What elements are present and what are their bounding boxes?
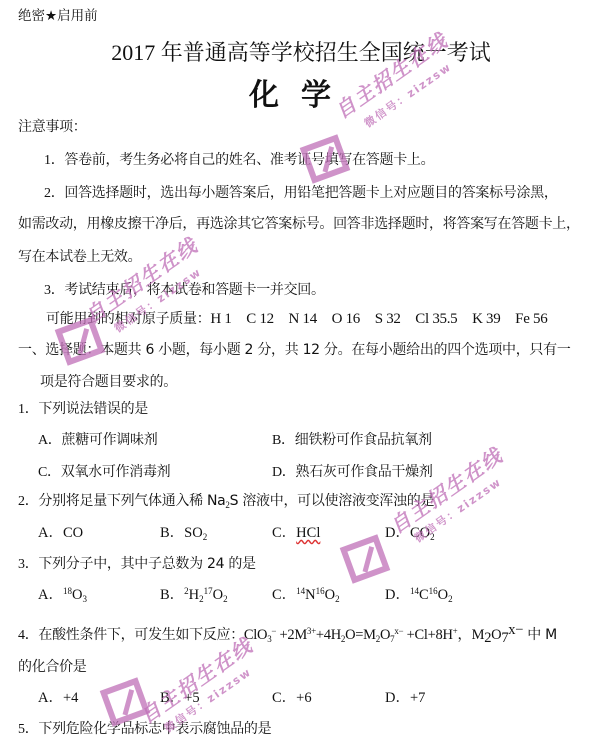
subscript: 2 bbox=[203, 532, 208, 542]
question-number: 5． bbox=[18, 722, 38, 737]
question-3-stem: 3．下列分子中，其中子总数为 24 的是 bbox=[18, 553, 256, 573]
question-1-option-d: D．熟石灰可作食品干燥剂 bbox=[272, 461, 433, 481]
option-letter: B． bbox=[272, 433, 295, 448]
element: O bbox=[491, 627, 501, 643]
subscript: 2 bbox=[223, 594, 228, 604]
superscript: 17 bbox=[204, 586, 213, 596]
question-text: 下列说法错误的是 bbox=[38, 401, 148, 417]
note-text: 考试结束后，将本试卷和答题卡一并交回。 bbox=[64, 282, 324, 298]
question-3-option-d: D．14C16O2 bbox=[385, 583, 453, 604]
notes-heading: 注意事项： bbox=[18, 116, 87, 136]
superscript: 16 bbox=[316, 586, 325, 596]
note-item-2-line3: 写在本试卷上无效。 bbox=[18, 246, 141, 266]
watermark-3-sub: 微信号：zizzsw bbox=[420, 530, 524, 546]
option-text: HCl bbox=[296, 525, 320, 541]
element: O bbox=[213, 587, 223, 603]
option-letter: C． bbox=[272, 690, 296, 706]
confidential-label: 绝密★启用前 bbox=[18, 4, 98, 24]
option-text: 双氧水可作消毒剂 bbox=[61, 464, 171, 480]
subscript: 2 bbox=[335, 594, 340, 604]
question-5-stem: 5．下列危险化学品标志中表示腐蚀品的是 bbox=[18, 718, 271, 738]
question-number: 4． bbox=[18, 628, 38, 643]
option-text: +7 bbox=[410, 690, 425, 706]
note-text: 答卷前，考生务必将自己的姓名、准考证号填写在答题卡上。 bbox=[64, 152, 434, 168]
section1-line1: 一、选择题：本题共 6 小题，每小题 2 分，共 12 分。在每小题给出的四个选… bbox=[18, 339, 571, 359]
option-letter: B． bbox=[160, 690, 184, 706]
note-item-3: 3．考试结束后，将本试卷和答题卡一并交回。 bbox=[44, 279, 325, 299]
question-4-option-c: C．+6 bbox=[272, 686, 312, 707]
question-3-option-a: A．18O3 bbox=[38, 583, 87, 604]
superscript: 18 bbox=[63, 586, 72, 596]
question-number: 1． bbox=[18, 402, 38, 417]
question-2-option-c: C．HCl bbox=[272, 521, 320, 542]
exam-title: 2017 年普通高等学校招生全国统一考试 bbox=[0, 36, 602, 67]
superscript: 16 bbox=[429, 586, 438, 596]
option-letter: D． bbox=[385, 525, 410, 541]
question-4-stem-line2: 的化合价是 bbox=[18, 656, 87, 676]
note-item-2: 2．回答选择题时，选出每小题答案后，用铅笔把答题卡上对应题目的答案标号涂黑， bbox=[44, 182, 558, 202]
element: O bbox=[72, 587, 82, 603]
subscript: 2 bbox=[448, 594, 453, 604]
option-letter: A． bbox=[38, 525, 63, 541]
option-text: SO bbox=[184, 525, 203, 541]
question-2-option-d: D．CO2 bbox=[385, 521, 435, 542]
question-4-option-d: D．+7 bbox=[385, 686, 425, 707]
note-text: 回答选择题时，选出每小题答案后，用铅笔把答题卡上对应题目的答案标号涂黑， bbox=[64, 185, 557, 201]
option-letter: A． bbox=[38, 433, 62, 448]
question-3-option-c: C．14N16O2 bbox=[272, 583, 340, 604]
note-item-2-line2: 如需改动，用橡皮擦干净后，再选涂其它答案标号。回答非选择题时，将答案写在答题卡上… bbox=[18, 213, 580, 233]
question-1-option-b: B．细铁粉可作食品抗氧剂 bbox=[272, 429, 432, 449]
option-text: CO bbox=[63, 525, 83, 541]
option-letter: B． bbox=[160, 587, 184, 603]
superscript: 14 bbox=[410, 586, 419, 596]
superscript: x− bbox=[508, 622, 523, 638]
superscript: 14 bbox=[296, 586, 305, 596]
question-text: S 溶液中，可以使溶液变浑浊的是 bbox=[230, 493, 435, 509]
option-letter: A． bbox=[38, 690, 63, 706]
question-text: 在酸性条件下，可发生如下反应： bbox=[38, 627, 244, 643]
eq-part: O bbox=[380, 627, 390, 643]
subscript: 3 bbox=[82, 594, 87, 604]
question-2-stem: 2．分别将足量下列气体通入稀 Na2S 溶液中，可以使溶液变浑浊的是 bbox=[18, 490, 434, 510]
section1-line2: 项是符合题目要求的。 bbox=[40, 371, 177, 391]
question-text: 分别将足量下列气体通入稀 Na bbox=[38, 493, 225, 509]
option-text: 熟石灰可作食品干燥剂 bbox=[296, 464, 433, 480]
element: C bbox=[419, 587, 429, 603]
question-4-option-a: A．+4 bbox=[38, 686, 78, 707]
option-letter: C． bbox=[38, 465, 61, 480]
question-1-stem: 1．下列说法错误的是 bbox=[18, 398, 148, 418]
atomic-masses-values: H 1 C 12 N 14 O 16 S 32 Cl 35.5 K 39 Fe … bbox=[210, 311, 547, 327]
watermark-logo-icon bbox=[340, 534, 391, 583]
subscript: 2 bbox=[430, 532, 435, 542]
note-item-1: 1．答卷前，考生务必将自己的姓名、准考证号填写在答题卡上。 bbox=[44, 149, 434, 169]
eq-part: O=M bbox=[345, 627, 376, 643]
option-letter: D． bbox=[385, 587, 410, 603]
element: N bbox=[305, 587, 315, 603]
note-number: 1． bbox=[44, 153, 64, 168]
option-text: 蔗糖可作调味剂 bbox=[62, 432, 158, 448]
question-text: 下列分子中，其中子总数为 24 的是 bbox=[38, 556, 255, 572]
watermark-1-sub: 微信号：zizzsw bbox=[370, 115, 474, 131]
option-text: +6 bbox=[296, 690, 311, 706]
note-number: 2． bbox=[44, 186, 64, 201]
superscript: 3+ bbox=[307, 626, 316, 636]
option-text: +4 bbox=[63, 690, 78, 706]
element: O bbox=[325, 587, 335, 603]
subject-title: 化学 bbox=[0, 70, 602, 114]
option-letter: D． bbox=[385, 690, 410, 706]
element: H bbox=[189, 587, 199, 603]
element: O bbox=[438, 587, 448, 603]
option-letter: C． bbox=[272, 525, 296, 541]
eq-part: +Cl+8H bbox=[403, 627, 452, 643]
atomic-masses: 可能用到的相对原子质量：H 1 C 12 N 14 O 16 S 32 Cl 3… bbox=[46, 307, 547, 328]
option-letter: B． bbox=[160, 525, 184, 541]
option-text: CO bbox=[410, 525, 430, 541]
option-text: +5 bbox=[184, 690, 199, 706]
option-text: 细铁粉可作食品抗氧剂 bbox=[295, 432, 432, 448]
superscript: x− bbox=[394, 626, 403, 636]
option-letter: D． bbox=[272, 465, 296, 480]
eq-part: +2M bbox=[276, 627, 307, 643]
option-letter: A． bbox=[38, 587, 63, 603]
question-4-option-b: B．+5 bbox=[160, 686, 200, 707]
question-number: 2． bbox=[18, 494, 38, 509]
question-4-stem: 4．在酸性条件下，可发生如下反应：ClO3− +2M3++4H2O=M2O7x−… bbox=[18, 622, 557, 647]
question-2-option-b: B．SO2 bbox=[160, 521, 207, 542]
question-number: 3． bbox=[18, 557, 38, 572]
question-1-option-a: A．蔗糖可作调味剂 bbox=[38, 429, 157, 449]
eq-part: ClO bbox=[244, 627, 267, 643]
option-letter: C． bbox=[272, 587, 296, 603]
question-3-option-b: B．2H217O2 bbox=[160, 583, 228, 604]
question-text: 中 M bbox=[523, 627, 557, 643]
question-text: ，M bbox=[457, 627, 484, 643]
eq-part: +4H bbox=[316, 627, 341, 643]
question-1-option-c: C．双氧水可作消毒剂 bbox=[38, 461, 170, 481]
question-2-option-a: A．CO bbox=[38, 521, 83, 542]
atomic-masses-label: 可能用到的相对原子质量： bbox=[46, 311, 210, 327]
note-number: 3． bbox=[44, 283, 64, 298]
question-text: 下列危险化学品标志中表示腐蚀品的是 bbox=[38, 721, 271, 737]
reaction-equation: ClO3− +2M3++4H2O=M2O7x− +Cl+8H+ bbox=[244, 627, 458, 643]
